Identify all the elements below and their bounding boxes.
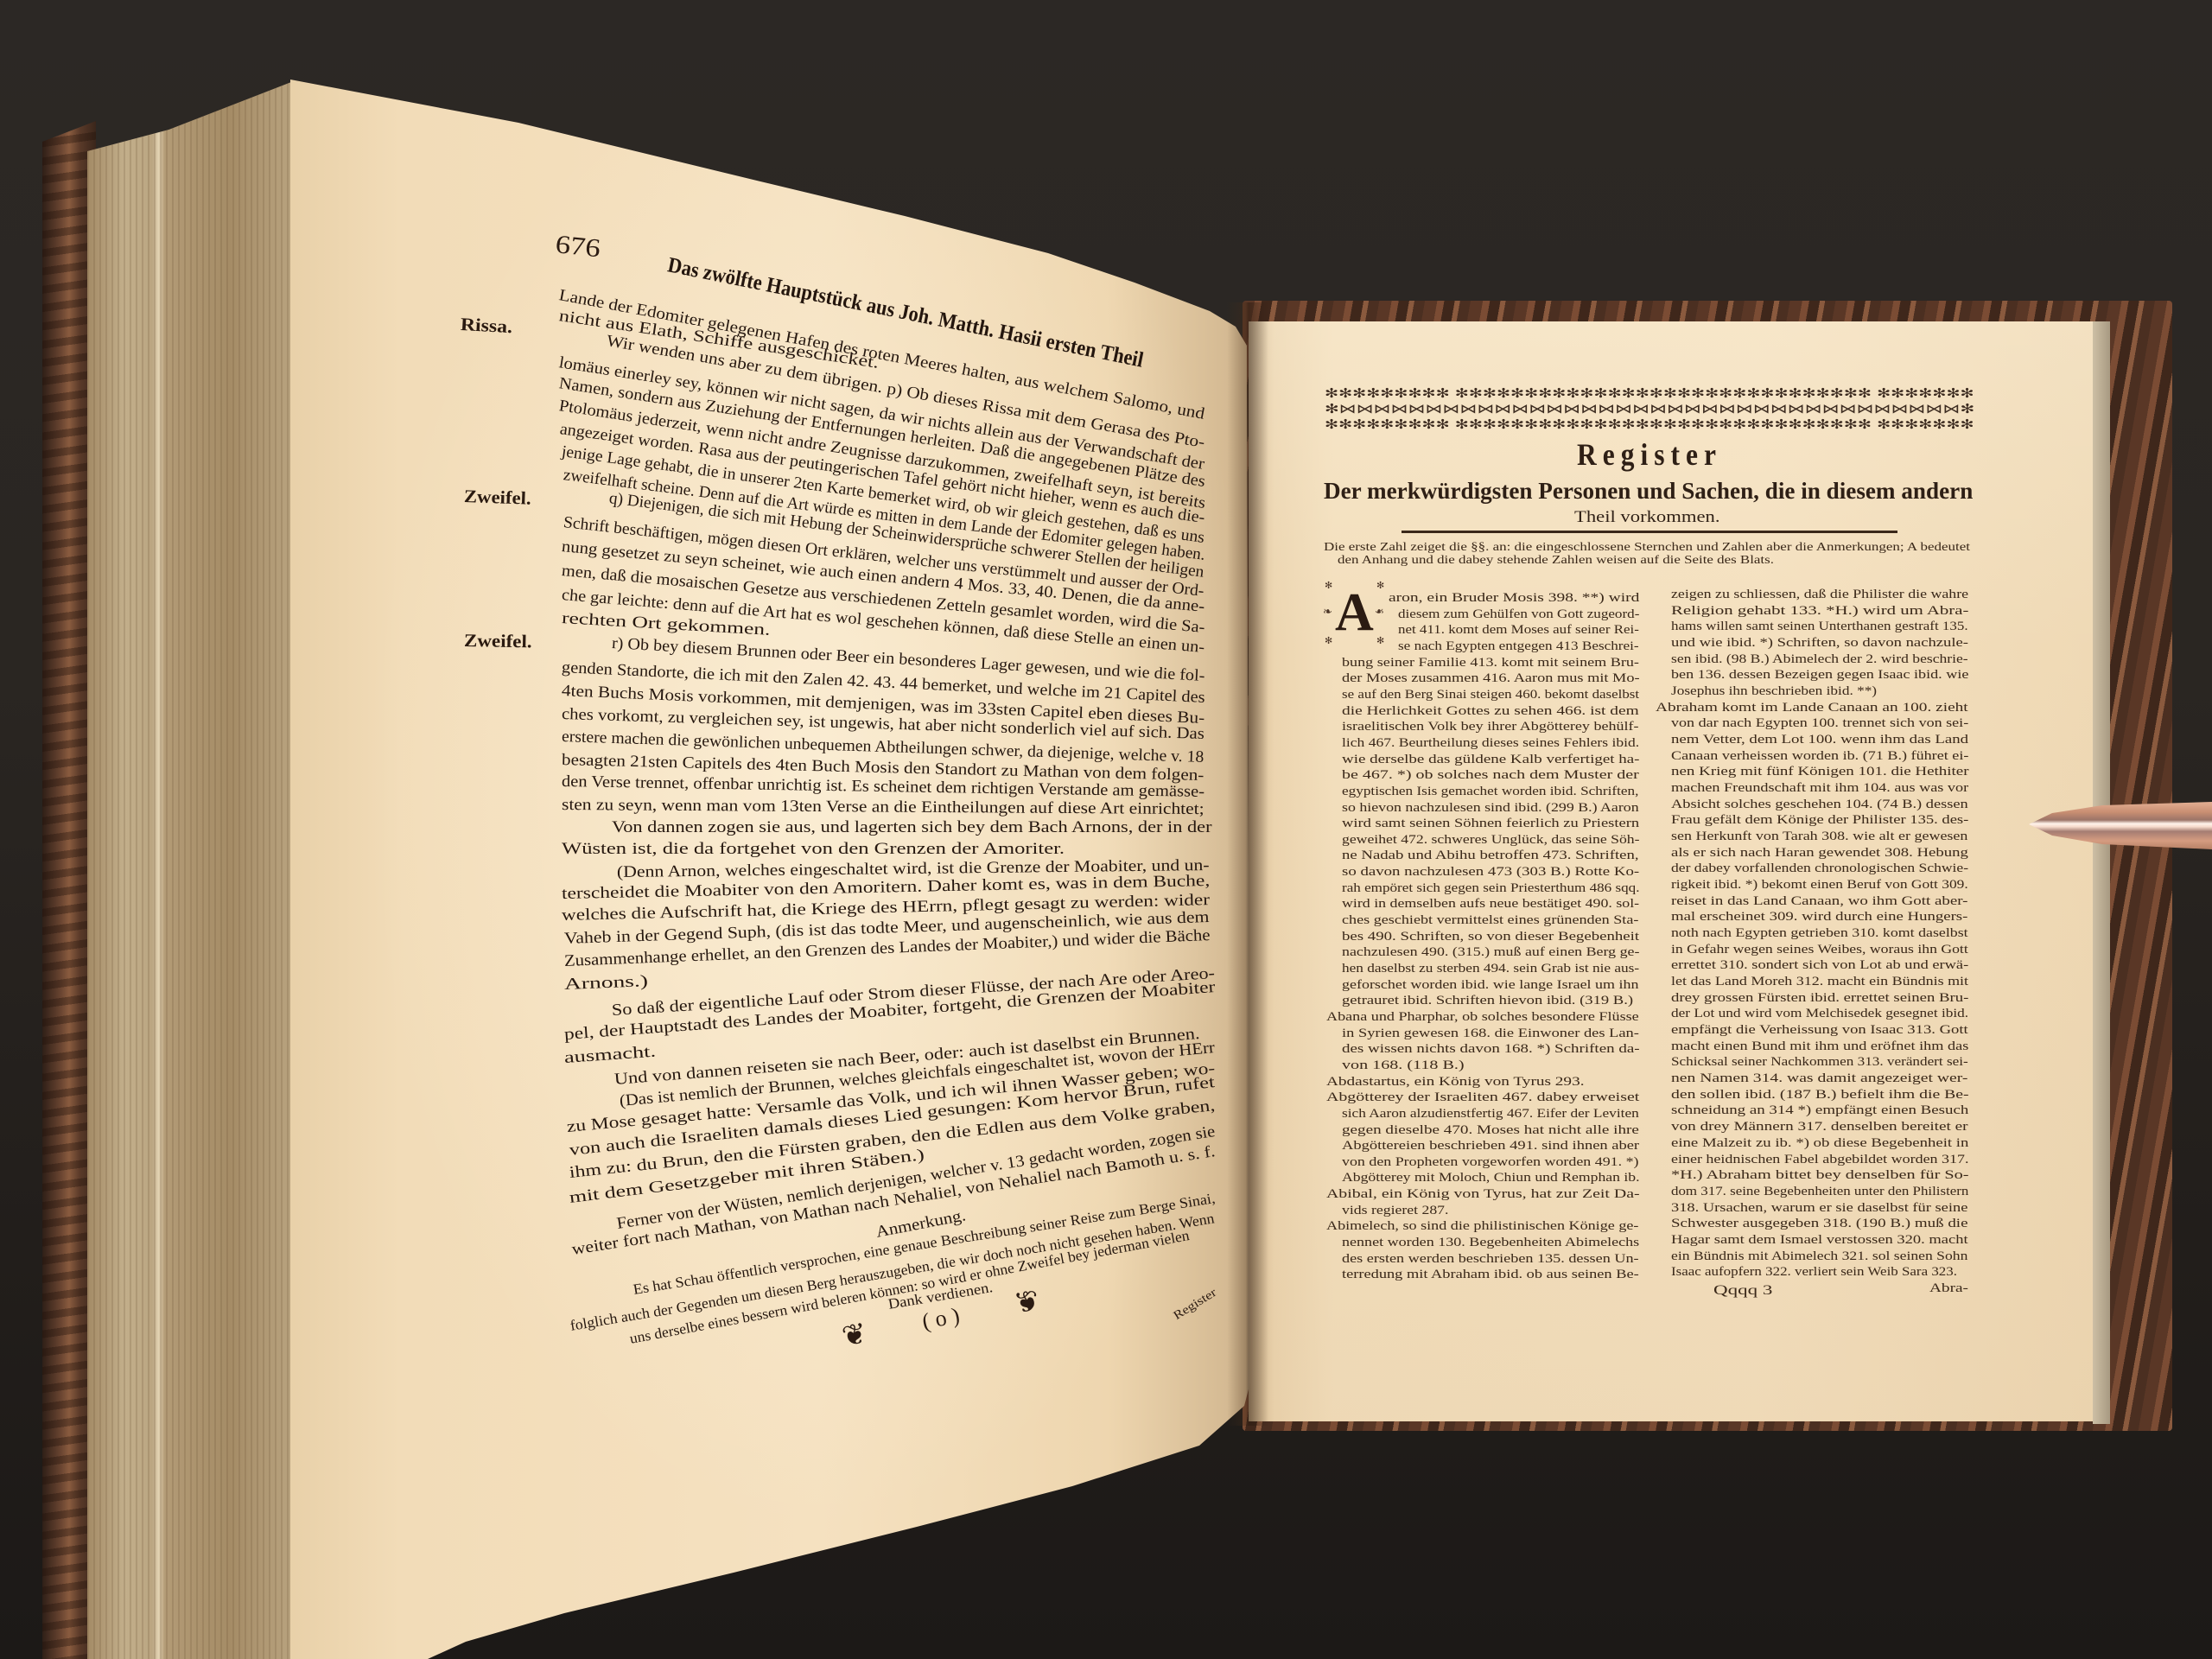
- page-number: 676: [554, 230, 601, 264]
- left-page-stack-edge: [87, 82, 291, 1659]
- gutter-shadow: [1227, 302, 1268, 1426]
- tailpiece-mark: ( o ): [920, 1302, 962, 1335]
- index-line: aron, ein Bruder Mosis 398. **) wird: [1389, 590, 1639, 606]
- index-entry-line: Abibal, ein König von Tyrus, hat zur Zei…: [1326, 1186, 1640, 1202]
- register-subtitle: Der merkwürdigsten Personen und Sachen, …: [1324, 478, 1973, 504]
- text-line: Wüsten ist, die da fortgehet von den Gre…: [562, 839, 1065, 860]
- index-line: errettet 310. sondert sich von Lot ab un…: [1671, 957, 1968, 973]
- index-line: 318. Ursachen, warum er sie daselbst für…: [1671, 1200, 1967, 1216]
- index-line: so davon nachzulesen 473 (303 B.) Rotte …: [1342, 864, 1639, 880]
- index-line: Abgöttereien beschrieben 491. sind ihnen…: [1342, 1138, 1639, 1154]
- index-line: mal erscheinet 309. wird durch eine Hung…: [1671, 909, 1967, 925]
- index-line: rah empöret sich gegen sein Priesterthum…: [1342, 880, 1639, 896]
- index-line: ne Nadab und Abihu betroffen 473. Schrif…: [1342, 848, 1639, 863]
- index-line: machen Freundschaft mit ihm 104. aus was…: [1671, 780, 1968, 796]
- index-line: egyptischen Isis gemachet worden ibid. S…: [1342, 784, 1638, 799]
- ornament-band-row: ✻⋈⋈⋈⋈⋈⋈⋈⋈⋈⋈⋈⋈⋈⋈⋈⋈⋈⋈⋈⋈⋈⋈⋈⋈⋈⋈⋈⋈⋈⋈⋈⋈⋈⋈⋈⋈✻: [1325, 402, 1974, 416]
- register-title: Register: [1577, 437, 1722, 472]
- index-line: se auf den Berg Sinai steigen 460. bekom…: [1342, 687, 1639, 702]
- index-line: der Lot und wird vom Melchisedek gesegne…: [1671, 1006, 1968, 1021]
- index-line: und wie ibid. *) Schriften, so davon nac…: [1671, 635, 1968, 651]
- index-line: nachzulesen 490. (315.) muß auf einen Be…: [1342, 944, 1639, 960]
- index-line: des ersten werden beschrieben 135. desse…: [1342, 1251, 1639, 1267]
- register-subtitle-continued: Theil vorkommen.: [1574, 508, 1720, 527]
- index-line: eine Malzeit zu ib. *) ob diese Begebenh…: [1671, 1135, 1968, 1151]
- index-entry-line: Abana und Pharphar, ob solches besondere…: [1326, 1009, 1639, 1025]
- index-line: Isaac aufopfern 322. verliert sein Weib …: [1671, 1264, 1957, 1280]
- index-line: nen Krieg mit fünf Königen 101. die Heth…: [1671, 764, 1969, 779]
- index-line: sich Aaron alzudienstfertig 467. Eifer d…: [1342, 1106, 1639, 1122]
- star-ornament-icon: ✻: [1376, 581, 1384, 590]
- index-line: die Herlichkeit Gottes zu sehen 466. ist…: [1342, 703, 1639, 719]
- index-line: getrauret ibid. Schriften hievon ibid. (…: [1342, 993, 1633, 1008]
- index-line: des wissen nichts davon 168. *) Schrifte…: [1342, 1041, 1640, 1057]
- index-line: nem Vetter, dem Lot 100. wenn ihm das La…: [1671, 732, 1968, 747]
- index-line: diesem zum Gehülfen von Gott zugeord-: [1398, 607, 1639, 622]
- index-line: von den Propheten vorgeworfen worden 491…: [1342, 1154, 1638, 1170]
- index-line: ches geschiebt vermittelst eines grünend…: [1342, 912, 1638, 928]
- index-line: einer heidnischen Fabel abgebildet worde…: [1671, 1152, 1969, 1167]
- index-line: gegen dieselbe 470. Moses hat nicht alle…: [1342, 1122, 1639, 1138]
- index-line: net 411. komt dem Moses auf seiner Rei-: [1398, 622, 1639, 638]
- index-line: hams willen samt seinen Unterthanen gest…: [1671, 619, 1968, 634]
- ornament-band-row: ✻✻✻✻✻✻✻✻✻ ✻✻✻✻✻✻✻✻✻✻✻✻✻✻✻✻✻✻✻✻✻✻✻✻✻✻✻✻✻✻…: [1325, 386, 1974, 401]
- index-line: macht einen Bund mit ihm und eröfnet ihm…: [1671, 1039, 1968, 1054]
- index-line: Canaan verheissen worden ib. (71 B.) füh…: [1671, 748, 1968, 764]
- index-line: sen Herkunft von Tarah 308. wie alt er g…: [1671, 829, 1967, 844]
- index-line: geforschet worden ibid. wie lange Israel…: [1342, 977, 1638, 993]
- index-line: der Moses zusammen 416. Aaron mus mit Mo…: [1342, 671, 1640, 686]
- index-line: zeigen zu schliessen, daß die Philister …: [1671, 587, 1968, 602]
- index-line: in Syrien gewesen 168. die Einwoner des …: [1342, 1026, 1639, 1041]
- index-line: hen daselbst zu sterben 494. sein Grab i…: [1342, 961, 1639, 976]
- index-line: noth nach Egypten getrieben 310. komt da…: [1671, 925, 1968, 941]
- index-line: vids regieret 287.: [1342, 1203, 1448, 1218]
- star-ornament-icon: ✻: [1325, 581, 1332, 590]
- index-line: als er sich nach Haran gewendet 308. Heb…: [1671, 845, 1968, 861]
- flourish-icon: ❧: [1323, 607, 1332, 618]
- index-line: bung seiner Familie 413. komt mit seinem…: [1342, 655, 1639, 671]
- text-line: Von dannen zogen sie aus, und lagerten s…: [612, 817, 1212, 838]
- index-line: israelitischen Volk bey ihrer Abgötterey…: [1342, 719, 1639, 734]
- index-line: so hievon nachzulesen sind ibid. (299 B.…: [1342, 800, 1639, 816]
- index-line: geweihet 472. schweres Unglück, das sein…: [1342, 832, 1640, 848]
- index-entry-line: Abdastartus, ein König von Tyrus 293.: [1326, 1074, 1585, 1090]
- index-line: drey grossen Fürsten ibid. errettet sein…: [1671, 990, 1968, 1006]
- index-line: Absicht solches geschehen 104. (74 B.) d…: [1671, 797, 1968, 812]
- margin-note: Rissa.: [460, 313, 512, 338]
- index-line: bes 490. Schriften, so von dieser Begebe…: [1342, 929, 1639, 944]
- index-line: von 168. (118 B.): [1342, 1058, 1465, 1073]
- drop-cap-letter: A: [1335, 582, 1374, 643]
- index-line: dom 317. seine Begebenheiten unter den P…: [1671, 1184, 1968, 1199]
- index-line: wird in demselben aufs neue bestätiget 4…: [1342, 896, 1639, 912]
- index-line: wie derselbe das güldene Kalb verfertige…: [1342, 752, 1639, 767]
- text-line: Arnons.): [564, 971, 649, 995]
- star-ornament-icon: ✻: [1376, 636, 1384, 645]
- index-line: in Gefahr wegen seines Weibes, woraus ih…: [1671, 942, 1968, 957]
- index-line: reiset in das Land Canaan, wo ihm Gott a…: [1671, 893, 1967, 909]
- index-line: schneidung an 314 *) empfängt einen Besu…: [1671, 1103, 1968, 1118]
- right-page-fore-edge: [2093, 321, 2110, 1424]
- index-line: der dabey vorfallenden chronologischen S…: [1671, 861, 1968, 876]
- index-line: *H.) Abraham bittet bey denselben für So…: [1671, 1167, 1968, 1183]
- index-line: Religion gehabt 133. *H.) wird um Abra-: [1671, 603, 1968, 619]
- index-line: ein Bündnis mit Abimelech 321. sol seine…: [1671, 1249, 1967, 1264]
- index-line: den sollen ibid. (187 B.) befielt ihm di…: [1671, 1087, 1969, 1103]
- index-line: ben 136. dessen Bezeigen gegen Isaac ibi…: [1671, 667, 1968, 683]
- explanatory-note-line: den Anhang und die dabey stehende Zahlen…: [1338, 554, 1774, 568]
- index-entry-line: Abimelech, so sind die philistinischen K…: [1326, 1218, 1638, 1234]
- drop-cap: ✻ ✻ ✻ ✻ ❧ ❧ A: [1325, 581, 1387, 646]
- margin-note: Zweifel.: [464, 485, 532, 510]
- index-line: empfängt die Verheissung von Isaac 313. …: [1671, 1022, 1968, 1038]
- index-line: Schwester ausgegeben 318. (190 B.) muß d…: [1671, 1216, 1968, 1231]
- index-line: Frau gefält dem Könige der Philister 135…: [1671, 812, 1968, 828]
- index-line: nennet worden 130. Begebenheiten Abimele…: [1342, 1235, 1639, 1250]
- star-ornament-icon: ✻: [1325, 636, 1332, 645]
- index-line: Josephus ihn beschrieben ibid. **): [1671, 683, 1877, 699]
- ornament-band-row: ✻✻✻✻✻✻✻✻✻ ✻✻✻✻✻✻✻✻✻✻✻✻✻✻✻✻✻✻✻✻✻✻✻✻✻✻✻✻✻✻…: [1325, 417, 1974, 432]
- index-line: Schicksal seiner Nachkommen 313. verände…: [1671, 1054, 1968, 1070]
- index-line: von dar nach Egypten 100. trennet sich v…: [1671, 715, 1968, 731]
- title-rule: [1402, 531, 1897, 533]
- index-entry-line: Abraham komt im Lande Canaan an 100. zie…: [1656, 700, 1968, 715]
- flourish-icon: ❧: [1375, 607, 1384, 618]
- catchword: Abra-: [1929, 1281, 1968, 1296]
- explanatory-note-line: Die erste Zahl zeiget die §§. an: die ei…: [1324, 541, 1970, 555]
- index-line: be 467. *) ob solches nach dem Muster de…: [1342, 767, 1639, 783]
- index-line: let das Land Moreh 312. macht ein Bündni…: [1671, 974, 1968, 989]
- index-line: lich 467. Beurtheilung dieses seines Feh…: [1342, 735, 1639, 751]
- index-line: sen ibid. (98 B.) Abimelech der 2. wird …: [1671, 652, 1968, 667]
- signature-mark: Qqqq 3: [1713, 1283, 1772, 1299]
- index-line: Hagar samt dem Ismael verstossen 320. ma…: [1671, 1232, 1968, 1248]
- margin-note: Zweifel.: [464, 629, 532, 652]
- fleuron-icon: ❦: [839, 1316, 869, 1355]
- index-line: wird samt seinen Söhnen feierlich zu Pri…: [1342, 816, 1639, 831]
- text-line: sten zu seyn, wenn man vom 13ten Verse a…: [562, 795, 1205, 820]
- index-line: Abgötterey mit Moloch, Chiun und Remphan…: [1342, 1170, 1640, 1185]
- index-line: rigkeit ibid. *) bekomt einen Beruf von …: [1671, 877, 1968, 893]
- index-line: se nach Egypten entgegen 413 Beschrei-: [1398, 639, 1639, 654]
- index-line: terredung mit Abraham ibid. ob aus seine…: [1342, 1267, 1639, 1282]
- index-entry-line: Abgötterey der Israeliten 467. dabey erw…: [1326, 1090, 1639, 1105]
- index-line: von drey Männern 317. denselben bereitet…: [1671, 1119, 1968, 1135]
- index-line: nen Namen 314. was damit angezeiget wer-: [1671, 1071, 1967, 1086]
